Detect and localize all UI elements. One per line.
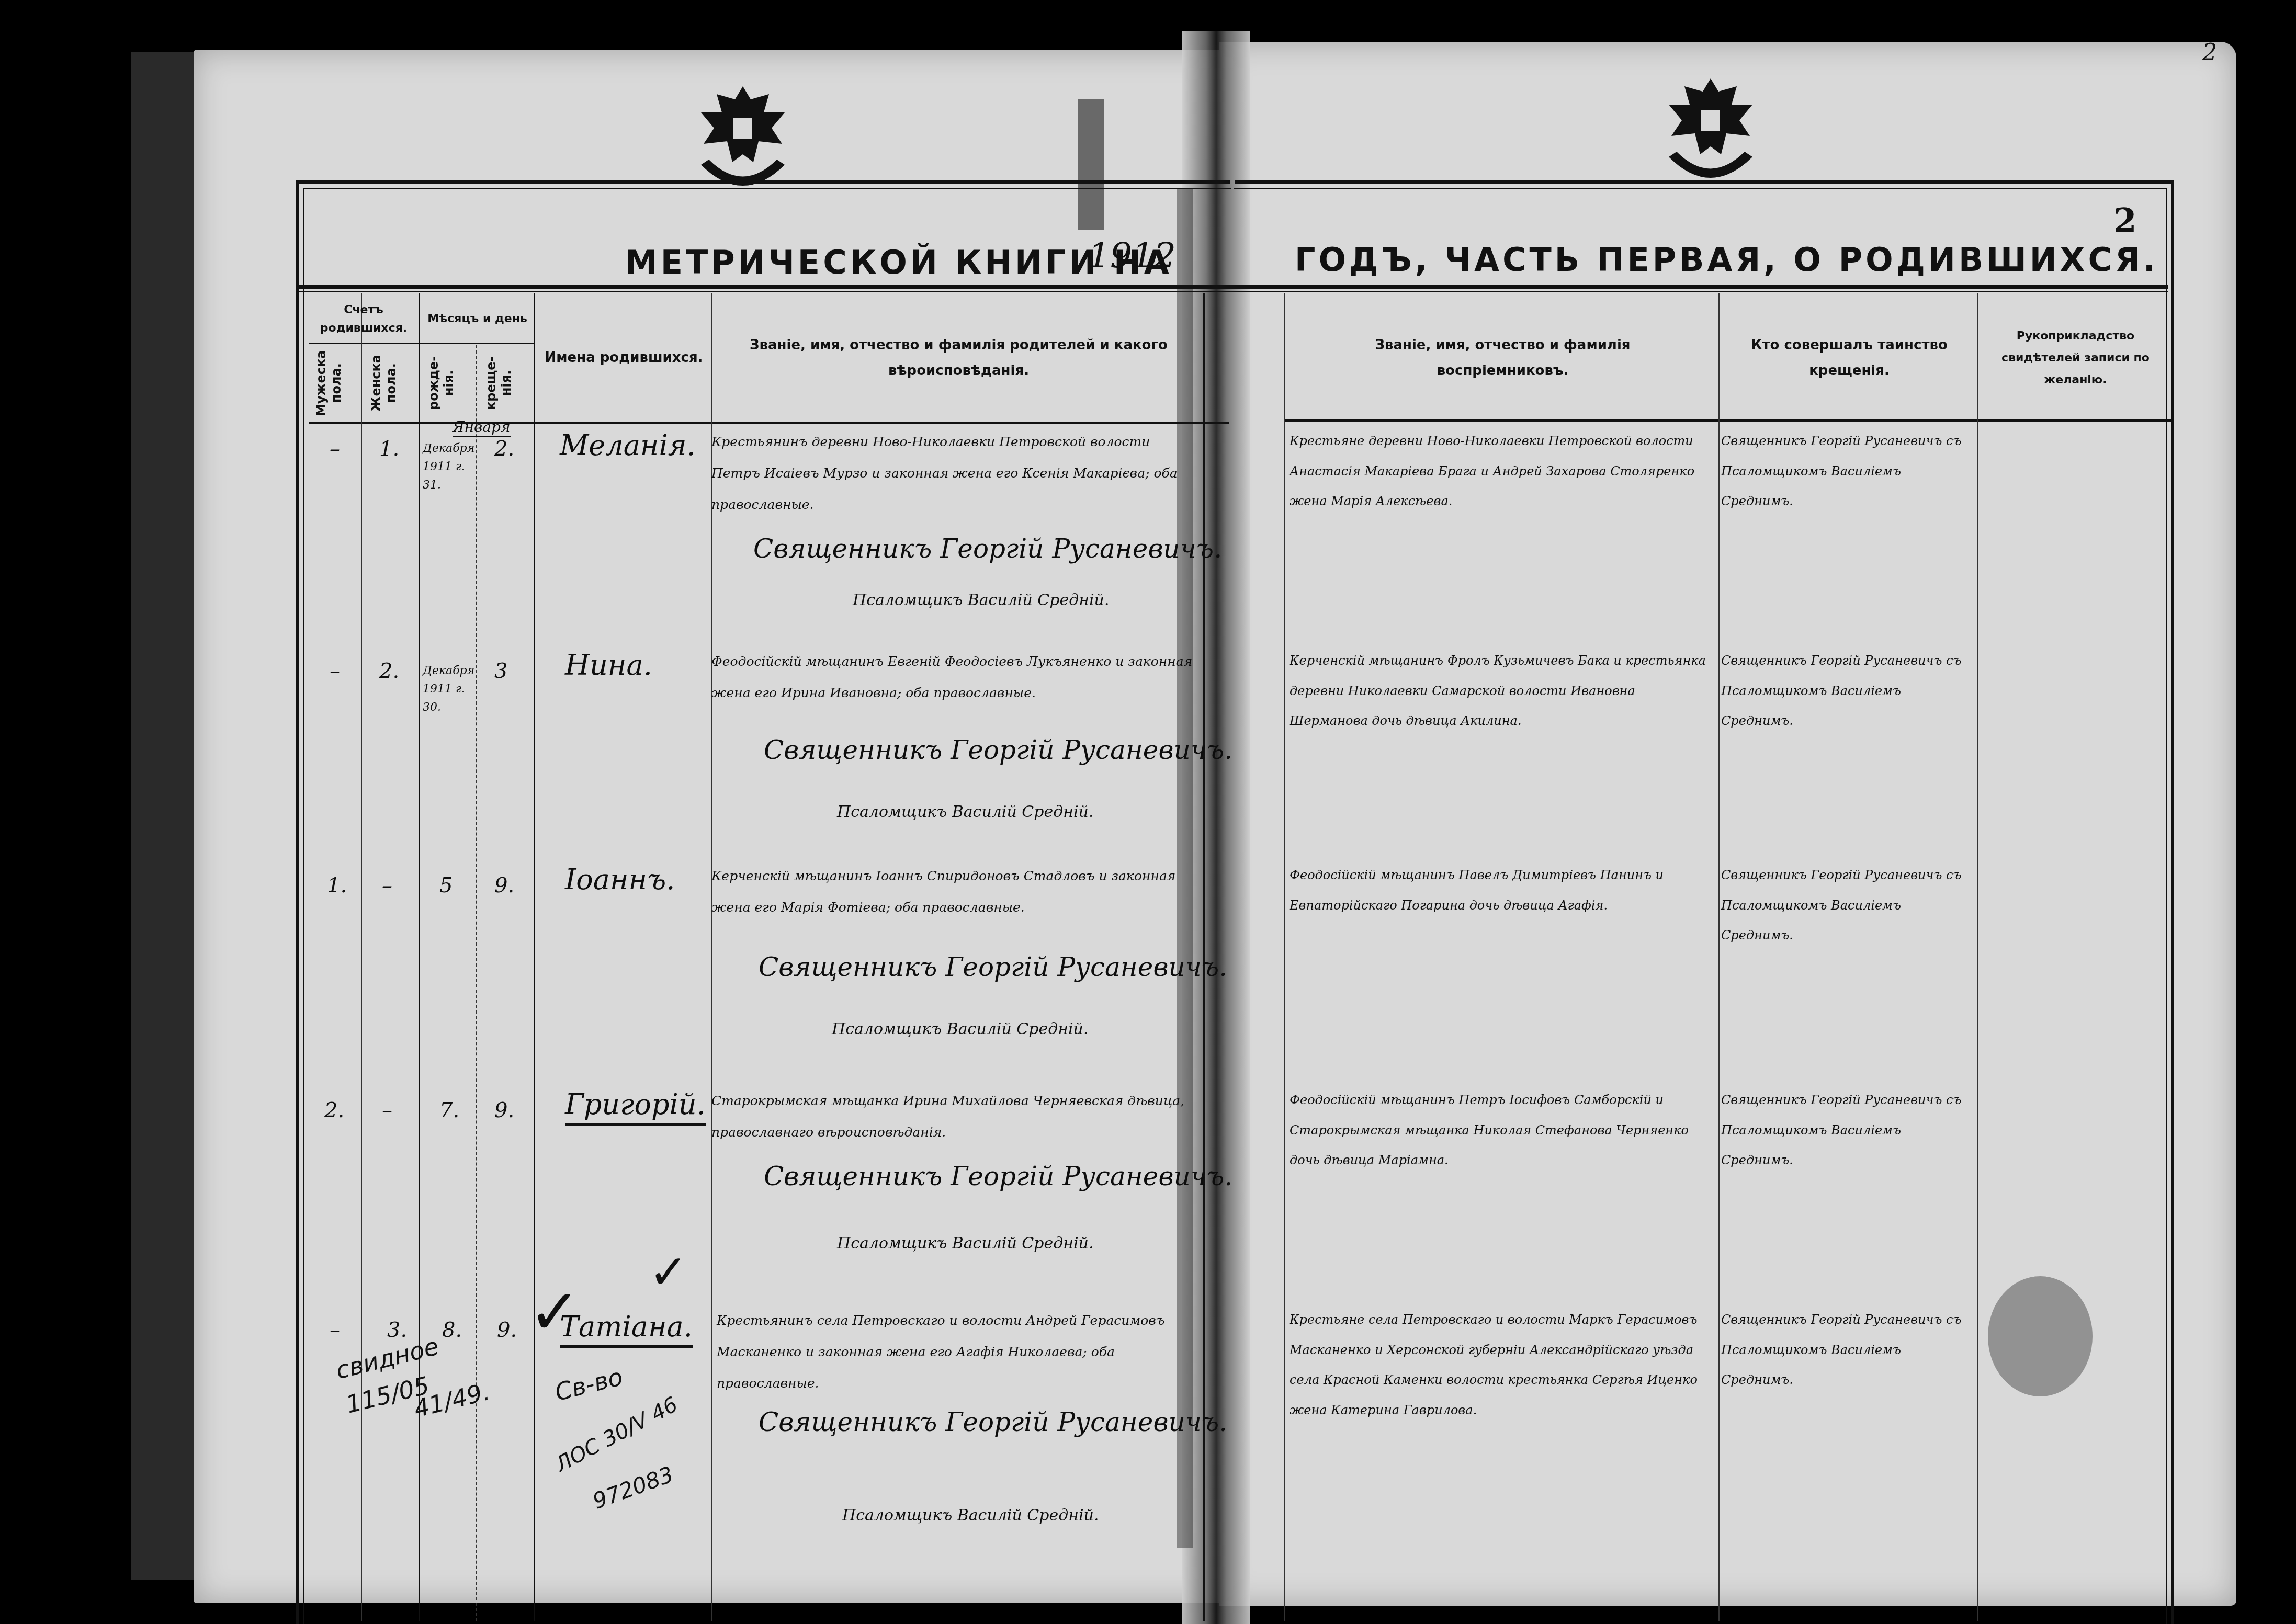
header-month-day: Мѣсяцъ и день xyxy=(421,296,534,343)
entry-2-female: 2. xyxy=(379,659,399,683)
entry-1-female: 1. xyxy=(379,437,399,461)
entry-2-parents: Феодосійскій мѣщанинъ Евгеній Феодосіевъ… xyxy=(711,646,1198,709)
entry-3-godparents: Феодосійскій мѣщанинъ Павелъ Димитріевъ … xyxy=(1290,860,1708,921)
subheader-rule xyxy=(309,343,534,344)
header-names: Имена родившихся. xyxy=(536,296,711,421)
entry-3-birth: 5 xyxy=(439,873,453,898)
entry-5-name: Татіана. xyxy=(560,1310,693,1348)
entry-5-godparents: Крестьяне села Петровскаго и волости Мар… xyxy=(1290,1305,1708,1425)
entry-3-male: 1. xyxy=(327,873,347,898)
entry-5-parents: Крестьянинъ села Петровскаго и волости А… xyxy=(717,1305,1203,1399)
entry-3-baptism: 9. xyxy=(494,873,514,898)
entry-3-performer: Священникъ Георгій Русаневичъ съ Псаломщ… xyxy=(1721,860,1972,951)
entry-2-priest-signature: Священникъ Георгій Русаневичъ. xyxy=(764,735,1232,765)
title-right: ГОДЪ, ЧАСТЬ ПЕРВАЯ, О РОДИВШИХСЯ. xyxy=(1295,241,2158,279)
handwritten-page-number: 2 xyxy=(2202,39,2217,66)
header-male: Мужеска пола. xyxy=(314,348,356,418)
title-rule xyxy=(298,285,2168,289)
entry-4-birth: 7. xyxy=(439,1098,459,1122)
header-rule-left xyxy=(309,422,1229,424)
entry-4-male: 2. xyxy=(324,1098,344,1122)
entry-4-female: – xyxy=(382,1098,392,1122)
entry-5-baptism: 9. xyxy=(497,1318,517,1342)
checkmark-icon: ✓ xyxy=(649,1245,688,1300)
year-handwritten: 1912 xyxy=(1088,235,1176,276)
col-line xyxy=(1718,293,1720,1621)
entry-4-clerk-signature: Псаломщикъ Василій Средній. xyxy=(837,1234,1093,1253)
col-line xyxy=(534,293,535,1621)
col-line xyxy=(1284,293,1285,1621)
entry-1-birth: Декабря 1911 г. 31. xyxy=(423,439,480,495)
entry-1-name: Меланія. xyxy=(560,429,696,462)
printed-page-number: 2 xyxy=(2113,201,2137,241)
entry-2-baptism: 3 xyxy=(494,659,507,683)
entry-2-performer: Священникъ Георгій Русаневичъ съ Псаломщ… xyxy=(1721,646,1972,736)
entry-4-name: Григорій. xyxy=(565,1088,706,1126)
entry-3-female: – xyxy=(382,873,392,898)
ink-stain xyxy=(1988,1276,2093,1396)
entry-2-godparents: Керченскій мѣщанинъ Фролъ Кузьмичевъ Бак… xyxy=(1290,646,1708,736)
header-godparents: Званіе, имя, отчество и фамилія воспріем… xyxy=(1287,296,1718,421)
entry-4-priest-signature: Священникъ Георгій Русаневичъ. xyxy=(764,1161,1232,1191)
title-rule-thin xyxy=(298,291,2168,292)
entry-1-clerk-signature: Псаломщикъ Василій Средній. xyxy=(853,591,1109,609)
entry-5-priest-signature: Священникъ Георгій Русаневичъ. xyxy=(759,1407,1227,1437)
entry-4-parents: Старокрымская мѣщанка Ирина Михайлова Че… xyxy=(711,1085,1198,1148)
entry-1-priest-signature: Священникъ Георгій Русаневичъ. xyxy=(753,533,1222,564)
entry-1-performer: Священникъ Георгій Русаневичъ съ Псаломщ… xyxy=(1721,426,1972,517)
entry-4-performer: Священникъ Георгій Русаневичъ съ Псаломщ… xyxy=(1721,1085,1972,1176)
header-parents: Званіе, имя, отчество и фамилія родителе… xyxy=(714,296,1203,421)
entry-1-male: – xyxy=(330,437,340,461)
entry-1-baptism: 2. xyxy=(494,437,514,461)
entry-3-clerk-signature: Псаломщикъ Василій Средній. xyxy=(832,1020,1088,1038)
entry-3-priest-signature: Священникъ Георгій Русаневичъ. xyxy=(759,952,1227,982)
entry-2-clerk-signature: Псаломщикъ Василій Средній. xyxy=(837,803,1093,821)
col-line xyxy=(1977,293,1978,1621)
entry-2-birth: Декабря 1911 г. 30. xyxy=(423,662,480,717)
header-performer: Кто совершалъ таинство крещенія. xyxy=(1721,296,1977,421)
header-baptism: креще-нія. xyxy=(484,348,526,418)
entry-5-female: 3. xyxy=(387,1318,407,1342)
entry-1-month-note: Января xyxy=(453,418,511,437)
col-line xyxy=(361,293,362,1621)
header-birth: рожде-нія. xyxy=(426,348,468,418)
entry-4-godparents: Феодосійскій мѣщанинъ Петръ Іосифовъ Сам… xyxy=(1290,1085,1708,1176)
entry-5-birth: 8. xyxy=(442,1318,462,1342)
entry-4-baptism: 9. xyxy=(494,1098,514,1122)
col-line xyxy=(476,345,477,1621)
entry-3-name: Іоаннъ. xyxy=(565,863,675,896)
entry-5-performer: Священникъ Георгій Русаневичъ съ Псаломщ… xyxy=(1721,1305,1972,1395)
header-female: Женска пола. xyxy=(369,348,411,418)
entry-1-parents: Крестьянинъ деревни Ново-Николаевки Петр… xyxy=(711,426,1198,520)
entry-1-godparents: Крестьяне деревни Ново-Николаевки Петров… xyxy=(1290,426,1708,517)
header-birth-count: Счетъ родившихся. xyxy=(309,296,419,343)
entry-5-male: – xyxy=(330,1318,340,1342)
header-witness-signatures: Рукоприкладство свидѣтелей записи по жел… xyxy=(1980,296,2171,421)
entry-5-clerk-signature: Псаломщикъ Василій Средній. xyxy=(842,1506,1099,1525)
entry-2-male: – xyxy=(330,659,340,683)
entry-2-name: Нина. xyxy=(565,649,652,682)
entry-3-parents: Керченскій мѣщанинъ Іоаннъ Спиридоновъ С… xyxy=(711,860,1198,923)
imperial-eagle-emblem-right xyxy=(1653,68,1768,199)
book-spine xyxy=(131,52,194,1580)
